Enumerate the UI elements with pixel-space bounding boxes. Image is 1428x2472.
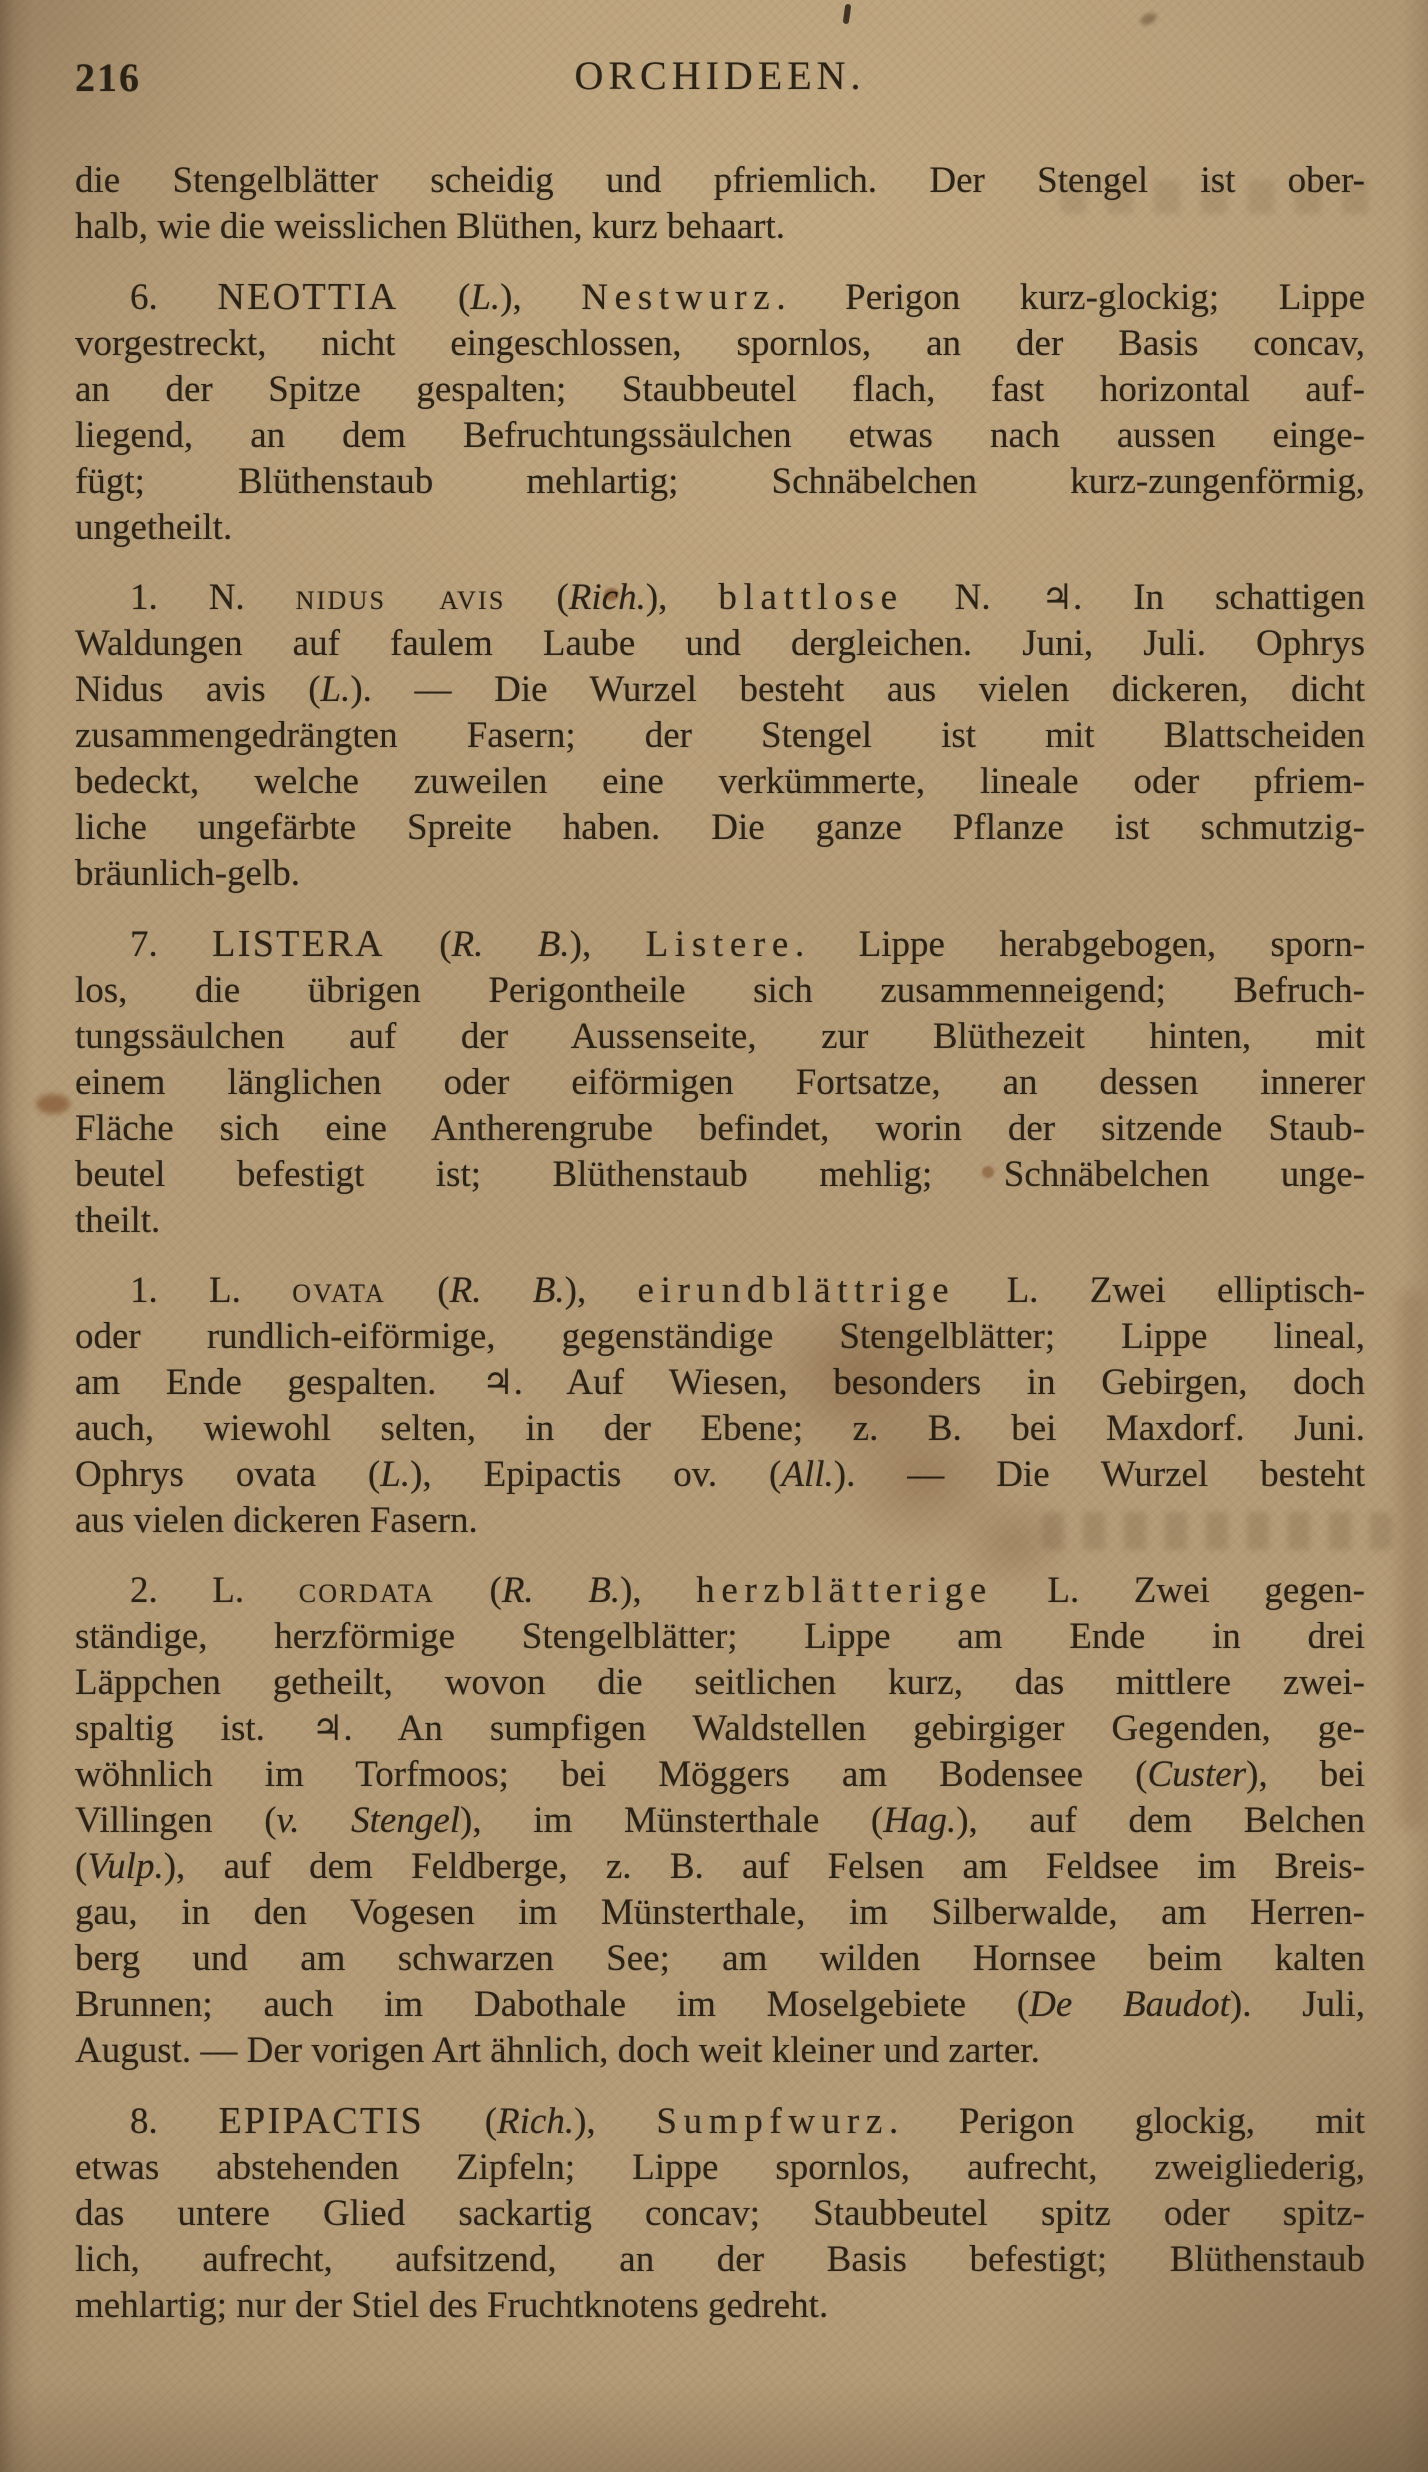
text-segment: Läppchen getheilt, wovon die seitlichen … (75, 1662, 1365, 1703)
emphasized-german-name: Sumpfwurz (656, 2101, 889, 2142)
species-name: nidus avis (296, 577, 506, 618)
text-segment: Ophrys ovata ( (75, 1454, 380, 1495)
text-segment: theilt. (75, 1200, 160, 1241)
author-abbreviation: v. Stengel (277, 1800, 461, 1841)
text-segment: August. — Der vorigen Art ähnlich, doch … (75, 2030, 1040, 2071)
author-abbreviation: Rich. (497, 2101, 574, 2142)
text-segment: ), im Münsterthale ( (460, 1800, 883, 1841)
text-segment: Villingen ( (75, 1800, 277, 1841)
text-line: Waldungen auf faulem Laube und dergleich… (75, 621, 1365, 667)
genus-name: NEOTTIA (217, 276, 398, 318)
text-segment: Brunnen; auch im Dabothale im Moselgebie… (75, 1984, 1029, 2025)
paragraph-genus-neottia: 6. NEOTTIA (L.), Nestwurz. Perigon kurz-… (75, 274, 1365, 551)
text-line: gau, in den Vogesen im Münsterthale, im … (75, 1890, 1365, 1936)
text-line: am Ende gespalten. ♃. Auf Wiesen, besond… (75, 1360, 1365, 1406)
perennial-symbol: ♃ (312, 1708, 344, 1749)
text-segment: bräunlich-gelb. (75, 853, 300, 894)
text-segment: vorgestreckt, nicht eingeschlossen, spor… (75, 323, 1365, 364)
text-line: halb, wie die weisslichen Blüthen, kurz … (75, 204, 1365, 250)
author-abbreviation: L. (321, 669, 351, 710)
text-segment: ), (646, 577, 719, 618)
genus-name: LISTERA (212, 923, 385, 965)
text-line: 7. LISTERA (R. B.), Listere. Lippe herab… (75, 921, 1365, 968)
text-line: tungssäulchen auf der Aussenseite, zur B… (75, 1014, 1365, 1060)
text-segment: spaltig ist. (75, 1708, 312, 1749)
text-line: bräunlich-gelb. (75, 851, 1365, 897)
genus-name: EPIPACTIS (218, 2100, 424, 2142)
author-abbreviation: Vulp. (87, 1846, 163, 1887)
paragraph-genus-epipactis: 8. EPIPACTIS (Rich.), Sumpfwurz. Perigon… (75, 2098, 1365, 2329)
text-segment: ständige, herzförmige Stengelblätter; Li… (75, 1616, 1365, 1657)
text-segment: . An sumpfigen Waldstellen gebirgiger Ge… (343, 1708, 1365, 1749)
text-segment: ), bei (1246, 1754, 1365, 1795)
text-segment: einem länglichen oder eiförmigen Fortsat… (75, 1062, 1365, 1103)
text-segment: ), auf dem Belchen (956, 1800, 1365, 1841)
text-line: oder rundlich-eiförmige, gegenständige S… (75, 1314, 1365, 1360)
page-body: die Stengelblätter scheidig und pfriemli… (75, 158, 1365, 2329)
text-line: August. — Der vorigen Art ähnlich, doch … (75, 2028, 1365, 2074)
running-title: ORCHIDEEN. (75, 52, 1365, 99)
scanned-book-page: { "page_header": { "page_number": "216",… (0, 0, 1428, 2472)
text-segment: wöhnlich im Torfmoos; bei Möggers am Bod… (75, 1754, 1147, 1795)
text-line: etwas abstehenden Zipfeln; Lippe spornlo… (75, 2145, 1365, 2191)
text-segment: los, die übrigen Perigontheile sich zusa… (75, 970, 1365, 1011)
author-abbreviation: Custer (1147, 1754, 1246, 1795)
text-segment: ), (570, 924, 646, 965)
text-line: (Vulp.), auf dem Feldberge, z. B. auf Fe… (75, 1844, 1365, 1890)
text-segment: ( (424, 2101, 497, 2142)
text-segment: ( (386, 1270, 450, 1311)
text-segment: ), auf dem Feldberge, z. B. auf Felsen a… (164, 1846, 1365, 1887)
text-line: wöhnlich im Torfmoos; bei Möggers am Bod… (75, 1752, 1365, 1798)
text-segment: ( (75, 1846, 87, 1887)
text-segment: halb, wie die weisslichen Blüthen, kurz … (75, 206, 785, 247)
text-segment: die Stengelblätter scheidig und pfriemli… (75, 160, 1365, 201)
author-abbreviation: R. B. (502, 1570, 620, 1611)
species-name: cordata (299, 1570, 435, 1611)
text-line: fügt; Blüthenstaub mehlartig; Schnäbelch… (75, 459, 1365, 505)
text-segment: 1. L. (130, 1270, 292, 1311)
text-line: Fläche sich eine Antherengrube befindet,… (75, 1106, 1365, 1152)
text-segment: liegend, an dem Befruchtungssäulchen etw… (75, 415, 1365, 456)
text-line: vorgestreckt, nicht eingeschlossen, spor… (75, 321, 1365, 367)
text-segment: 1. N. (130, 577, 296, 618)
text-line: Brunnen; auch im Dabothale im Moselgebie… (75, 1982, 1365, 2028)
text-segment: N. (904, 577, 1042, 618)
text-line: theilt. (75, 1198, 1365, 1244)
text-segment: ). — Die Wurzel besteht (834, 1454, 1365, 1495)
text-segment: . Lippe herabgebogen, sporn- (795, 924, 1365, 965)
page-number: 216 (75, 54, 141, 101)
text-segment: . Perigon kurz-glockig; Lippe (776, 277, 1365, 318)
emphasized-german-name: eirundblättrige (638, 1270, 956, 1311)
text-segment: Waldungen auf faulem Laube und dergleich… (75, 623, 1365, 664)
perennial-symbol: ♃ (1042, 577, 1074, 618)
emphasized-german-name: herzblätterige (696, 1570, 993, 1611)
paragraph-species-nidus-avis: 1. N. nidus avis (Rich.), blattlose N. ♃… (75, 575, 1365, 897)
text-line: auch, wiewohl selten, in der Ebene; z. B… (75, 1406, 1365, 1452)
text-segment: auch, wiewohl selten, in der Ebene; z. B… (75, 1408, 1365, 1449)
author-abbreviation: R. B. (450, 1270, 565, 1311)
text-line: 1. N. nidus avis (Rich.), blattlose N. ♃… (75, 575, 1365, 621)
text-segment: lich, aufrecht, aufsitzend, an der Basis… (75, 2239, 1365, 2280)
text-segment: ), (620, 1570, 696, 1611)
text-line: Nidus avis (L.). — Die Wurzel besteht au… (75, 667, 1365, 713)
text-segment: ). Juli, (1230, 1984, 1365, 2025)
text-line: Ophrys ovata (L.), Epipactis ov. (All.).… (75, 1452, 1365, 1498)
text-line: mehlartig; nur der Stiel des Fruchtknote… (75, 2283, 1365, 2329)
text-line: beutel befestigt ist; Blüthenstaub mehli… (75, 1152, 1365, 1198)
text-line: 8. EPIPACTIS (Rich.), Sumpfwurz. Perigon… (75, 2098, 1365, 2145)
species-name: ovata (292, 1270, 386, 1311)
text-segment: gau, in den Vogesen im Münsterthale, im … (75, 1892, 1365, 1933)
paragraph-genus-listera: 7. LISTERA (R. B.), Listere. Lippe herab… (75, 921, 1365, 1244)
text-segment: fügt; Blüthenstaub mehlartig; Schnäbelch… (75, 461, 1365, 502)
text-line: an der Spitze gespalten; Staubbeutel fla… (75, 367, 1365, 413)
text-line: Villingen (v. Stengel), im Münsterthale … (75, 1798, 1365, 1844)
text-segment: ( (435, 1570, 502, 1611)
text-line: bedeckt, welche zuweilen eine verkümmert… (75, 759, 1365, 805)
author-abbreviation: Rich. (569, 577, 646, 618)
text-line: lich, aufrecht, aufsitzend, an der Basis… (75, 2237, 1365, 2283)
text-segment: berg und am schwarzen See; am wilden Hor… (75, 1938, 1365, 1979)
text-segment: an der Spitze gespalten; Staubbeutel fla… (75, 369, 1365, 410)
text-segment: L. Zwei elliptisch- (955, 1270, 1365, 1311)
emphasized-german-name: Listere (646, 924, 795, 965)
text-segment: ), (500, 277, 581, 318)
text-segment: das untere Glied sackartig concav; Staub… (75, 2193, 1365, 2234)
text-segment: 8. (130, 2101, 218, 2142)
text-line: aus vielen dickeren Fasern. (75, 1498, 1365, 1544)
author-abbreviation: De Baudot (1029, 1984, 1230, 2025)
text-line: liegend, an dem Befruchtungssäulchen etw… (75, 413, 1365, 459)
text-line: das untere Glied sackartig concav; Staub… (75, 2191, 1365, 2237)
text-line: zusammengedrängten Fasern; der Stengel i… (75, 713, 1365, 759)
text-segment: ). — Die Wurzel besteht aus vielen dicke… (350, 669, 1365, 710)
text-line: ungetheilt. (75, 505, 1365, 551)
text-line: ständige, herzförmige Stengelblätter; Li… (75, 1614, 1365, 1660)
text-segment: ( (506, 577, 569, 618)
text-segment: ), (565, 1270, 638, 1311)
text-segment: . In schattigen (1073, 577, 1365, 618)
page-header: 216 ORCHIDEEN. (75, 52, 1365, 102)
perennial-symbol: ♃ (482, 1362, 514, 1403)
author-abbreviation: L. (380, 1454, 410, 1495)
text-segment: . Auf Wiesen, besonders in Gebirgen, doc… (514, 1362, 1365, 1403)
text-segment: 6. (130, 277, 217, 318)
text-segment: bedeckt, welche zuweilen eine verkümmert… (75, 761, 1365, 802)
text-segment: Fläche sich eine Antherengrube befindet,… (75, 1108, 1365, 1149)
paragraph-species-cordata: 2. L. cordata (R. B.), herzblätterige L.… (75, 1568, 1365, 2074)
text-line: spaltig ist. ♃. An sumpfigen Waldstellen… (75, 1706, 1365, 1752)
author-abbreviation: All. (781, 1454, 833, 1495)
text-segment: ), Epipactis ov. ( (410, 1454, 781, 1495)
text-line: 2. L. cordata (R. B.), herzblätterige L.… (75, 1568, 1365, 1614)
text-segment: 2. L. (130, 1570, 299, 1611)
text-segment: . Perigon glockig, mit (889, 2101, 1365, 2142)
text-line: einem länglichen oder eiförmigen Fortsat… (75, 1060, 1365, 1106)
text-segment: Nidus avis ( (75, 669, 321, 710)
author-abbreviation: Hag. (883, 1800, 956, 1841)
text-segment: ungetheilt. (75, 507, 232, 548)
text-segment: liche ungefärbte Spreite haben. Die ganz… (75, 807, 1365, 848)
text-line: liche ungefärbte Spreite haben. Die ganz… (75, 805, 1365, 851)
text-segment: ( (398, 277, 470, 318)
text-line: Läppchen getheilt, wovon die seitlichen … (75, 1660, 1365, 1706)
text-segment: L. Zwei gegen- (993, 1570, 1365, 1611)
text-line: berg und am schwarzen See; am wilden Hor… (75, 1936, 1365, 1982)
emphasized-german-name: Nestwurz (581, 277, 776, 318)
text-segment: ( (385, 924, 452, 965)
text-segment: mehlartig; nur der Stiel des Fruchtknote… (75, 2285, 828, 2326)
text-segment: tungssäulchen auf der Aussenseite, zur B… (75, 1016, 1365, 1057)
text-line: 6. NEOTTIA (L.), Nestwurz. Perigon kurz-… (75, 274, 1365, 321)
emphasized-german-name: blattlose (718, 577, 903, 618)
text-segment: beutel befestigt ist; Blüthenstaub mehli… (75, 1154, 1365, 1195)
text-line: die Stengelblätter scheidig und pfriemli… (75, 158, 1365, 204)
text-segment: am Ende gespalten. (75, 1362, 482, 1403)
paragraph-species-ovata: 1. L. ovata (R. B.), eirundblättrige L. … (75, 1268, 1365, 1544)
text-segment: ), (574, 2101, 656, 2142)
text-segment: zusammengedrängten Fasern; der Stengel i… (75, 715, 1365, 756)
text-line: los, die übrigen Perigontheile sich zusa… (75, 968, 1365, 1014)
author-abbreviation: L. (470, 277, 500, 318)
paragraph-continuation: die Stengelblätter scheidig und pfriemli… (75, 158, 1365, 250)
text-segment: 7. (130, 924, 212, 965)
text-segment: aus vielen dickeren Fasern. (75, 1500, 478, 1541)
text-segment: etwas abstehenden Zipfeln; Lippe spornlo… (75, 2147, 1365, 2188)
text-segment: oder rundlich-eiförmige, gegenständige S… (75, 1316, 1365, 1357)
author-abbreviation: R. B. (452, 924, 570, 965)
text-line: 1. L. ovata (R. B.), eirundblättrige L. … (75, 1268, 1365, 1314)
